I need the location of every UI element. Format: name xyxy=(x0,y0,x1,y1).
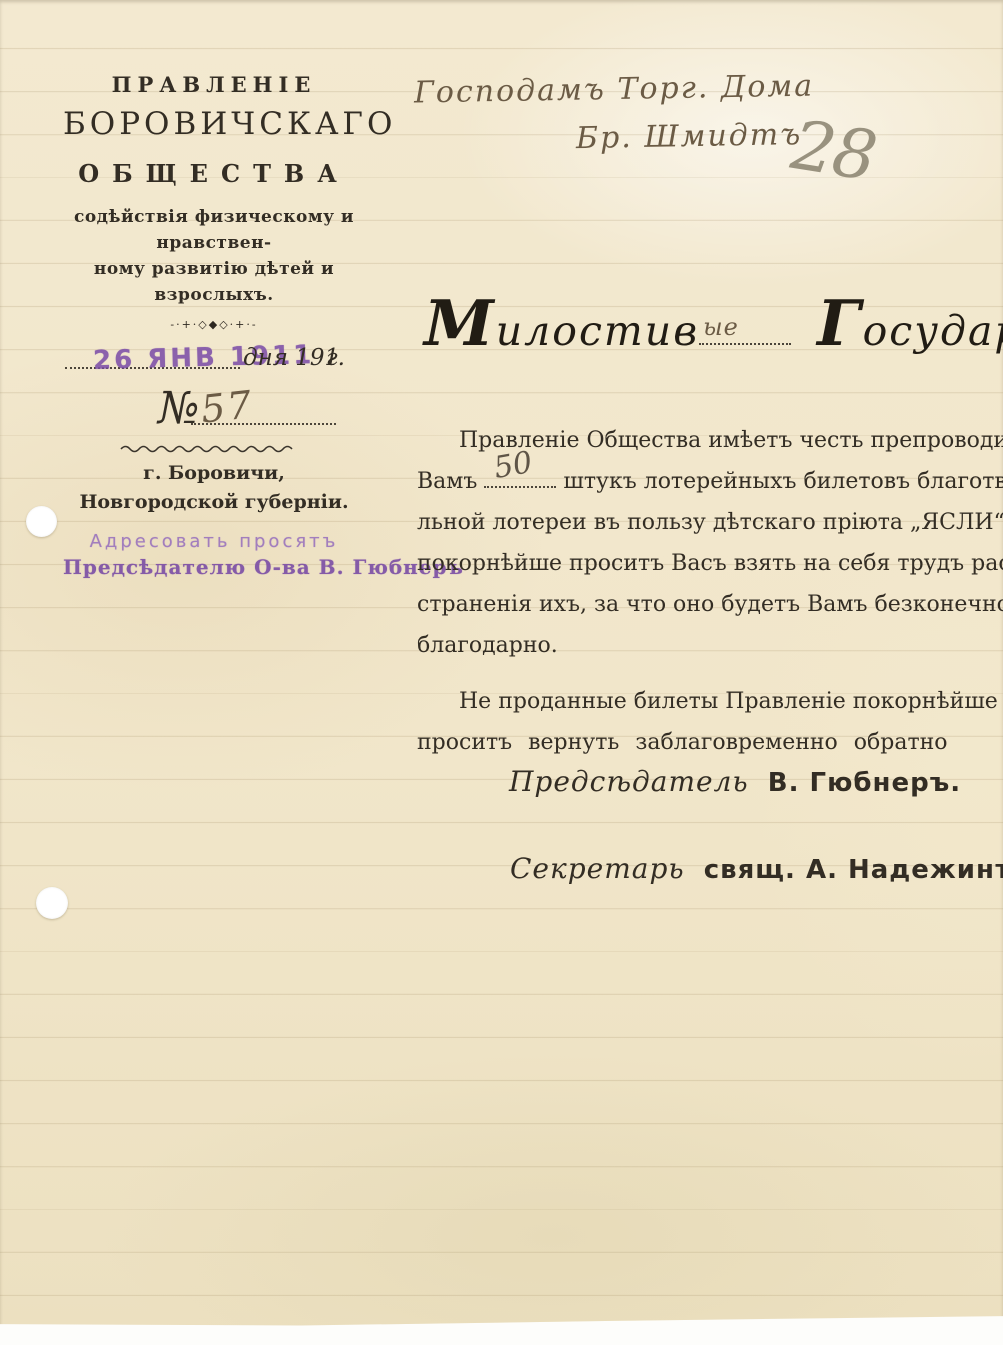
secretary-name: свящ. А. Надежинъ. xyxy=(704,855,1003,885)
number-row: № 57 xyxy=(63,379,365,431)
punch-hole-bottom xyxy=(36,887,68,919)
body-line: страненія ихъ, за что оно будетъ Вамъ бе… xyxy=(417,584,948,625)
body-line: проситъ вернуть заблаговременно обратно xyxy=(417,722,948,763)
body-line: благодарно. xyxy=(417,625,948,666)
paper-sheet: ПРАВЛЕНІЕ БОРОВИЧСКАГО ОБЩЕСТВА содѣйств… xyxy=(0,0,1003,1345)
address-request-stamp-line2: Предсѣдателю О-ва В. Гюбнеръ xyxy=(63,555,365,579)
chairman-signature-line: Предсѣдатель В. Гюбнеръ. xyxy=(509,765,961,798)
body-line2-pre: Вамъ xyxy=(417,469,477,494)
recipient-line1: Господамъ Торг. Дома xyxy=(414,69,815,111)
divider-ornament: -·+·◇◆◇·+·- xyxy=(63,318,365,331)
letter-body: Правленіе Общества имѣетъ честь препрово… xyxy=(417,420,948,763)
org-subtitle: содѣйствія физическому и нравствен- ному… xyxy=(63,204,365,308)
org-subtitle-line1: содѣйствія физическому и нравствен- xyxy=(63,204,365,256)
punch-hole-top xyxy=(26,506,57,537)
scanned-letter-page: ПРАВЛЕНІЕ БОРОВИЧСКАГО ОБЩЕСТВА содѣйств… xyxy=(0,0,1003,1345)
org-subtitle-line2: ному развитію дѣтей и взрослыхъ. xyxy=(63,256,365,308)
secretary-title: Секретарь xyxy=(510,852,685,885)
pencil-number: 28 xyxy=(786,106,880,197)
date-suffix: дня 191 xyxy=(243,345,339,371)
org-name-line3: ОБЩЕСТВА xyxy=(63,159,365,188)
province-line: Новгородской губерніи. xyxy=(63,491,365,513)
org-name-line2: БОРОВИЧСКАГО xyxy=(63,106,365,142)
salutation-hand-ending1: ые xyxy=(703,313,739,341)
body-line2-post: штукъ лотерейныхъ билетовъ благотворите- xyxy=(563,469,1003,494)
date-row: 26 ЯНВ 1911 дня 191 г. xyxy=(63,333,365,377)
city-line: г. Боровичи, xyxy=(63,462,365,484)
body-line-with-blank: Вамъ 50 штукъ лотерейныхъ билетовъ благо… xyxy=(417,461,948,502)
number-handwritten: 57 xyxy=(199,382,256,431)
org-name-line1: ПРАВЛЕНІЕ xyxy=(63,72,365,97)
body-line: Не проданные билеты Правленіе покорнѣйше xyxy=(417,681,948,722)
quantity-blank-line: 50 xyxy=(484,466,556,488)
salutation-printed-word1: Милостив xyxy=(424,286,699,360)
date-year-suffix: г. xyxy=(326,345,345,371)
secretary-signature-line: Секретарь свящ. А. Надежинъ. xyxy=(510,852,1003,885)
salutation-blank1: ые xyxy=(699,313,791,345)
paragraph-2: Не проданные билеты Правленіе покорнѣйше… xyxy=(417,681,948,763)
paragraph-1: Правленіе Общества имѣетъ честь препрово… xyxy=(417,420,948,666)
handwritten-recipient: Господамъ Торг. Дома Бр. Шмидтъ xyxy=(414,72,814,154)
salutation-printed-word2: Государ xyxy=(817,286,1003,360)
salutation: МилостивыеГосудари xyxy=(424,286,1003,360)
body-line: льной лотереи въ пользу дѣтскаго пріюта … xyxy=(417,502,948,543)
wavy-divider xyxy=(120,439,300,458)
letterhead: ПРАВЛЕНІЕ БОРОВИЧСКАГО ОБЩЕСТВА содѣйств… xyxy=(63,72,365,579)
address-request-stamp-line1: Адресовать просятъ xyxy=(63,531,365,552)
recipient-line2: Бр. Шмидтъ xyxy=(576,117,815,156)
body-line: покорнѣйше проситъ Васъ взять на себя тр… xyxy=(417,543,948,584)
chairman-name: В. Гюбнеръ. xyxy=(768,768,961,798)
quantity-handwritten: 50 xyxy=(491,442,536,489)
chairman-title: Предсѣдатель xyxy=(509,765,749,798)
